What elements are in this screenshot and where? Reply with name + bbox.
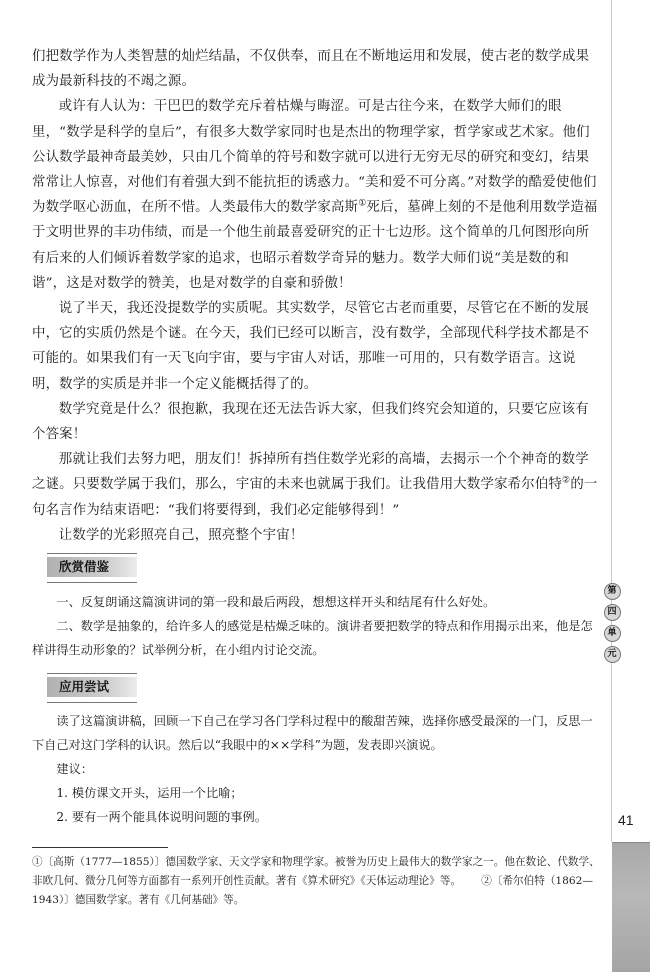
section-label-text: 应用尝试: [47, 677, 137, 697]
appreciation-exercises: 一、反复朗诵这篇演讲词的第一段和最后两段，想想这样开头和结尾有什么好处。 二、数…: [32, 590, 602, 662]
paragraph: 或许有人认为：干巴巴的数学充斥着枯燥与晦涩。可是古往今来，在数学大师们的眼里，“…: [32, 94, 602, 296]
paragraph: 数学究竟是什么？很抱歉，我现在还无法告诉大家，但我们终究会知道的，只要它应该有个…: [32, 397, 602, 447]
application-exercise: 读了这篇演讲稿，回顾一下自己在学习各门学科过程中的酸甜苦辣，选择你感受最深的一门…: [32, 709, 602, 829]
article-body: 们把数学作为人类智慧的灿烂结晶，不仅供奉，而且在不断地运用和发展，使古老的数学成…: [32, 44, 602, 548]
paragraph-text: 或许有人认为：干巴巴的数学充斥着枯燥与晦涩。可是古往今来，在数学大师们的眼里，“…: [32, 99, 597, 215]
paragraph: 让数学的光彩照亮自己，照亮整个宇宙！: [32, 523, 602, 548]
footnotes: ①〔高斯（1777—1855）〕德国数学家、天文学家和物理学家。被誉为历史上最伟…: [32, 853, 604, 910]
paragraph: 们把数学作为人类智慧的灿烂结晶，不仅供奉，而且在不断地运用和发展，使古老的数学成…: [32, 44, 602, 94]
unit-tab-char: 第: [604, 583, 621, 600]
page-edge-tab: [612, 842, 650, 972]
exercise-item: 二、数学是抽象的，给许多人的感觉是枯燥乏味的。演讲者要把数学的特点和作用揭示出来…: [32, 614, 602, 662]
page-number: 41: [618, 812, 634, 828]
footnote-rule: [32, 847, 168, 848]
unit-tab-char: 元: [604, 646, 621, 663]
footnote-text: ①〔高斯（1777—1855）〕德国数学家、天文学家和物理学家。被誉为历史上最伟…: [32, 853, 604, 910]
suggestion-label: 建议：: [32, 757, 602, 781]
application-intro: 读了这篇演讲稿，回顾一下自己在学习各门学科过程中的酸甜苦辣，选择你感受最深的一门…: [32, 709, 602, 757]
unit-tab-char: 四: [604, 604, 621, 621]
unit-tab: 第 四 单 元: [604, 583, 620, 663]
section-label-appreciation: 欣赏借鉴: [47, 553, 137, 583]
section-label-text: 欣赏借鉴: [47, 557, 137, 577]
paragraph: 那就让我们去努力吧，朋友们！拆掉所有挡住数学光彩的高墙，去揭示一个个神奇的数学之…: [32, 447, 602, 523]
exercise-item: 一、反复朗诵这篇演讲词的第一段和最后两段，想想这样开头和结尾有什么好处。: [32, 590, 602, 614]
suggestion-item: 2. 要有一两个能具体说明问题的事例。: [32, 805, 602, 829]
paragraph: 说了半天，我还没提数学的实质呢。其实数学，尽管它古老而重要，尽管它在不断的发展中…: [32, 296, 602, 397]
margin-rule: [611, 0, 612, 842]
textbook-page: 第 四 单 元 41 们把数学作为人类智慧的灿烂结晶，不仅供奉，而且在不断地运用…: [0, 0, 650, 972]
paragraph-text: 那就让我们去努力吧，朋友们！拆掉所有挡住数学光彩的高墙，去揭示一个个神奇的数学之…: [32, 452, 589, 492]
section-label-application: 应用尝试: [47, 673, 137, 703]
unit-tab-char: 单: [604, 625, 621, 642]
suggestion-item: 1. 模仿课文开头，运用一个比喻；: [32, 781, 602, 805]
